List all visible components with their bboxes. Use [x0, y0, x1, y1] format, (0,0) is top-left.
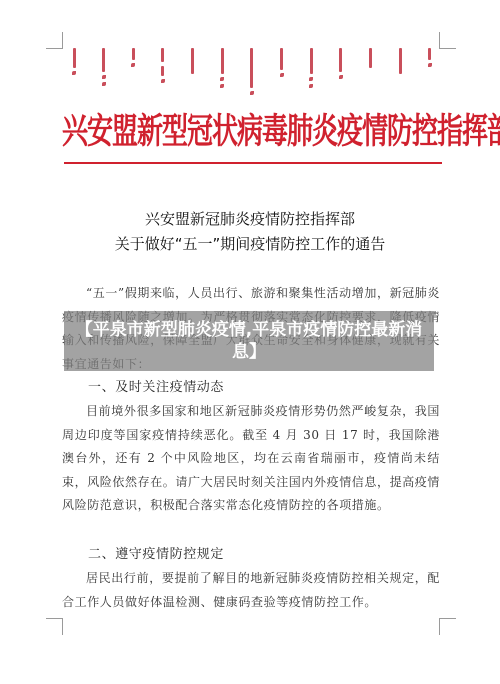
- mongolian-word: [131, 48, 135, 98]
- mongolian-word: [72, 48, 76, 98]
- headline-overlay-banner[interactable]: 【平泉市新型肺炎疫情,平泉市疫情防控最新消息】: [64, 311, 434, 371]
- mongolian-word: [102, 48, 106, 98]
- section-2-paragraph: 居民出行前，要提前了解目的地新冠肺炎疫情防控相关规定，配合工作人员做好体温检测、…: [62, 567, 440, 614]
- crop-mark-top-left: [46, 32, 63, 49]
- document-page: 兴安盟新型冠状病毒肺炎疫情防控指挥部 兴安盟新冠肺炎疫情防控指挥部 关于做好“五…: [0, 0, 500, 684]
- letterhead-title: 兴安盟新型冠状病毒肺炎疫情防控指挥部: [62, 104, 440, 154]
- section-2-heading: 二、遵守疫情防控规定: [62, 542, 440, 567]
- section-1-heading: 一、及时关注疫情动态: [62, 375, 440, 400]
- mongolian-word: [280, 48, 284, 98]
- mongolian-word: [191, 48, 195, 98]
- letterhead-red-rule: [64, 162, 442, 164]
- mongolian-word: [398, 48, 402, 98]
- mongolian-word: [369, 48, 373, 98]
- section-2: 二、遵守疫情防控规定 居民出行前，要提前了解目的地新冠肺炎疫情防控相关规定，配合…: [62, 542, 440, 614]
- crop-mark-top-right: [439, 32, 456, 49]
- notice-issuer-title: 兴安盟新冠肺炎疫情防控指挥部: [0, 208, 500, 229]
- notice-subject-title: 关于做好“五一”期间疫情防控工作的通告: [0, 233, 500, 254]
- headline-overlay-text[interactable]: 【平泉市新型肺炎疫情,平泉市疫情防控最新消息】: [72, 319, 426, 363]
- mongolian-word: [309, 48, 313, 98]
- mongolian-word: [250, 48, 254, 98]
- mongolian-script-header: [72, 48, 432, 98]
- crop-mark-bottom-right: [439, 618, 456, 635]
- crop-mark-bottom-left: [46, 618, 63, 635]
- mongolian-word: [161, 48, 165, 98]
- mongolian-word: [428, 48, 432, 98]
- section-1-paragraph: 目前境外很多国家和地区新冠肺炎疫情形势仍然严峻复杂，我国周边印度等国家疫情持续恶…: [62, 400, 440, 518]
- mongolian-word: [339, 48, 343, 98]
- section-1: 一、及时关注疫情动态 目前境外很多国家和地区新冠肺炎疫情形势仍然严峻复杂，我国周…: [62, 375, 440, 518]
- mongolian-word: [220, 48, 224, 98]
